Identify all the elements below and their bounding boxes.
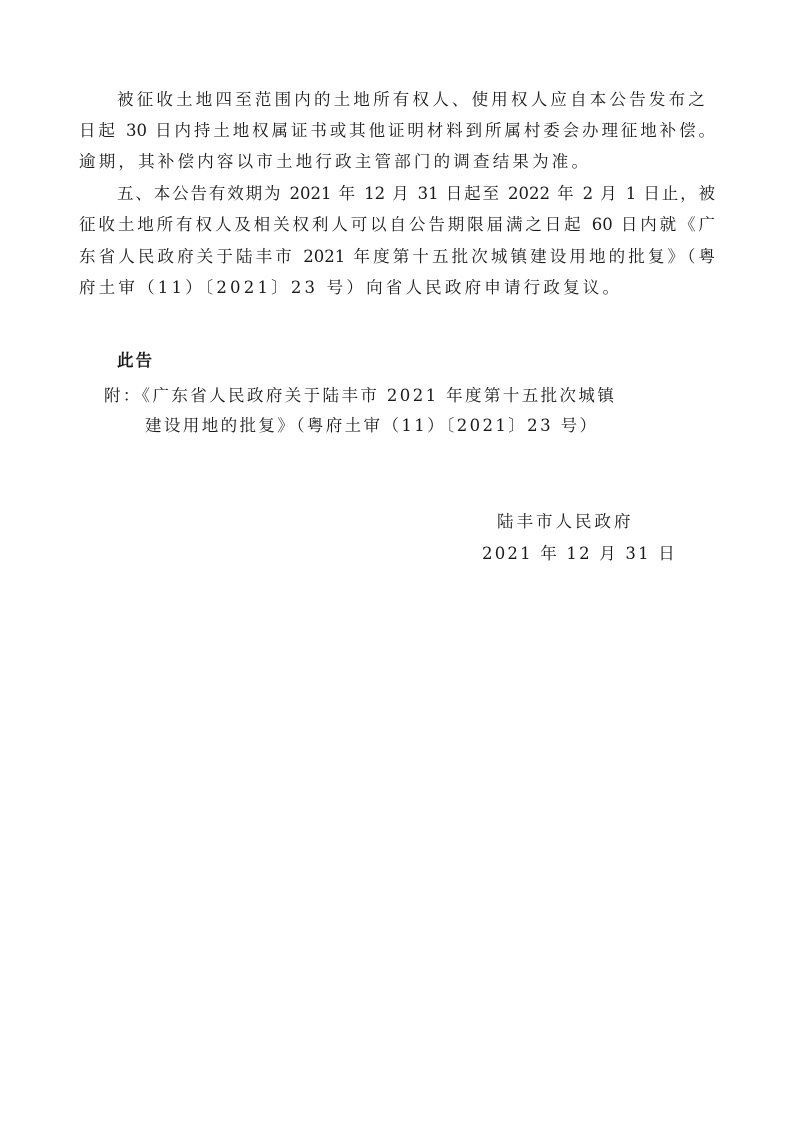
attachment-line1: 附：《广东省人民政府关于陆丰市 2021 年度第十五批次城镇: [104, 386, 740, 406]
paragraph2-line1: 五、本公告有效期为 2021 年 12 月 31 日起至 2022 年 2 月 …: [117, 184, 715, 204]
paragraph2-line3: 东省人民政府关于陆丰市 2021 年度第十五批次城镇建设用地的批复》（粤: [79, 247, 715, 267]
paragraph1-line2: 日起 30 日内持土地权属证书或其他证明材料到所属村委会办理征地补偿。: [79, 121, 715, 141]
attachment-line2: 建设用地的批复》（粤府土审（11）〔2021〕23 号）: [145, 416, 781, 436]
paragraph2-line4: 府土审（11）〔2021〕23 号）向省人民政府申请行政复议。: [79, 278, 715, 298]
closing-text: 此告: [117, 351, 753, 371]
issuer-name: 陆丰市人民政府: [497, 512, 634, 532]
issue-date: 2021 年 12 月 31 日: [482, 544, 677, 564]
paragraph2-line2: 征收土地所有权人及相关权利人可以自公告期限届满之日起 60 日内就《广: [79, 215, 715, 235]
paragraph1-line3: 逾期，其补偿内容以市土地行政主管部门的调查结果为准。: [79, 152, 715, 172]
paragraph1-line1: 被征收土地四至范围内的土地所有权人、使用权人应自本公告发布之: [117, 90, 715, 110]
